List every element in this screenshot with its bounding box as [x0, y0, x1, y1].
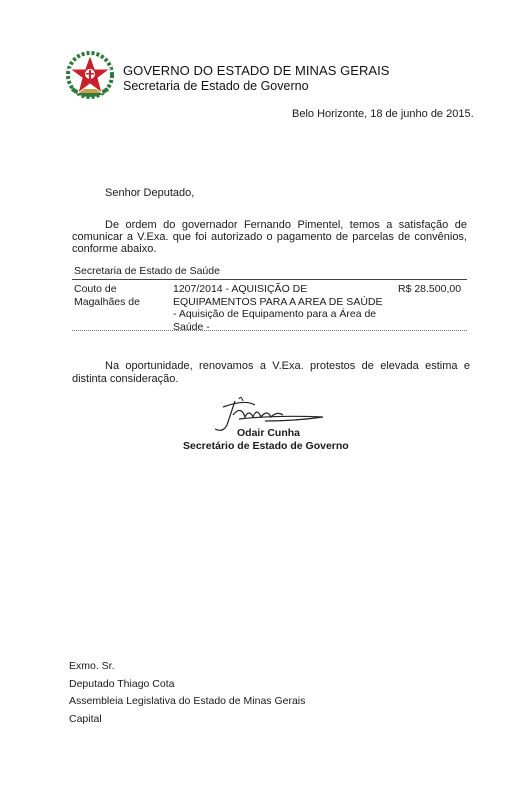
table-cell-value: R$ 28.500,00 [398, 283, 461, 296]
table-heading: Secretaria de Estado de Saúde [74, 265, 220, 277]
government-title: GOVERNO DO ESTADO DE MINAS GERAIS [123, 63, 390, 78]
department-subtitle: Secretaria de Estado de Governo [123, 79, 309, 93]
addressee-line: Deputado Thiago Cota [69, 678, 174, 690]
signatory-title: Secretário de Estado de Governo [183, 440, 349, 452]
addressee-line: Exmo. Sr. [69, 660, 115, 672]
table-cell-description: 1207/2014 - AQUISIÇÃO DE EQUIPAMENTOS PA… [173, 283, 388, 333]
salutation: Senhor Deputado, [105, 187, 194, 199]
table-cell-municipality: Couto de Magalhães de [74, 283, 149, 308]
addressee-line: Capital [69, 713, 102, 725]
addressee-line: Assembleia Legislativa do Estado de Mina… [69, 695, 305, 707]
table-divider [72, 279, 467, 280]
body-paragraph: De ordem do governador Fernando Pimentel… [72, 219, 467, 255]
signatory-name: Odair Cunha [237, 427, 300, 439]
dotted-separator [72, 330, 467, 331]
date-line: Belo Horizonte, 18 de junho de 2015. [292, 108, 474, 120]
closing-paragraph: Na oportunidade, renovamos a V.Exa. prot… [72, 360, 470, 386]
coat-of-arms-icon [64, 49, 116, 101]
